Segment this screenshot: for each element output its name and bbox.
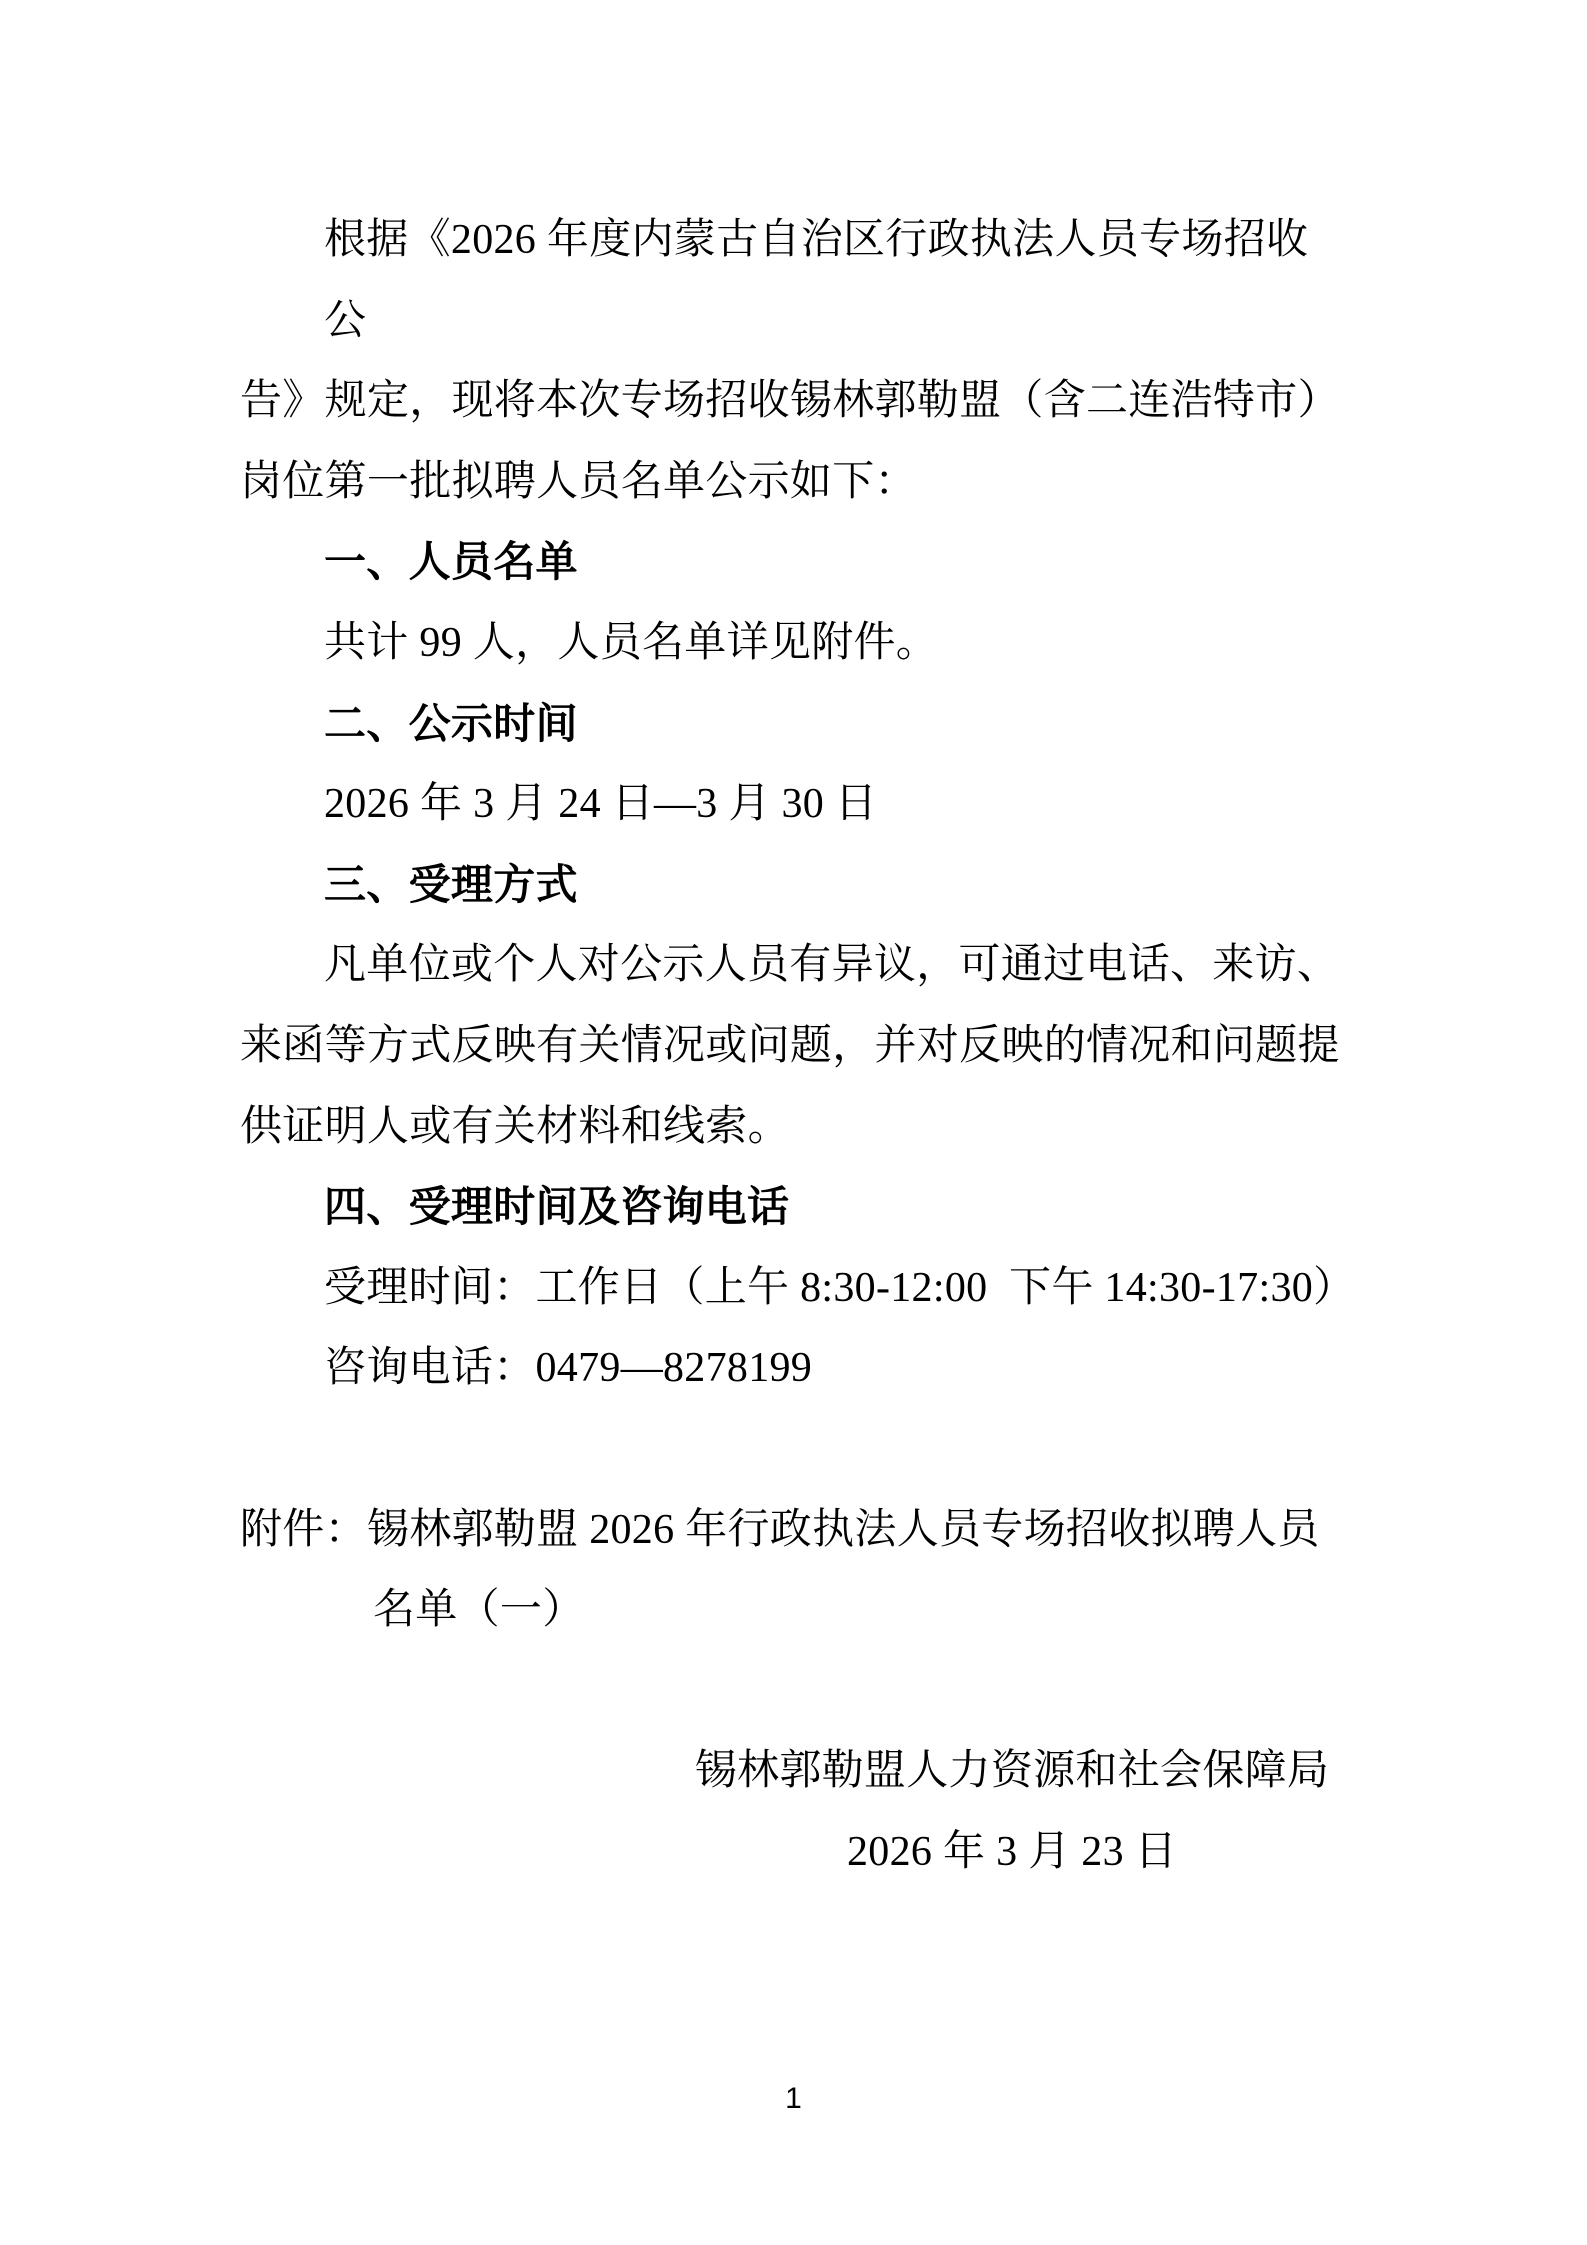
signature-org: 锡林郭勒盟人力资源和社会保障局: [682, 1731, 1342, 1812]
section-heading-publicity-period: 二、公示时间: [240, 684, 1350, 765]
body-line: 供证明人或有关材料和线索。: [240, 1087, 1350, 1168]
page-number: 1: [0, 2082, 1587, 2116]
intro-line: 根据《2026 年度内蒙古自治区行政执法人员专场招收公: [240, 200, 1350, 361]
body-line: 共计 99 人，人员名单详见附件。: [240, 603, 1350, 684]
document-body: 根据《2026 年度内蒙古自治区行政执法人员专场招收公 告》规定，现将本次专场招…: [240, 200, 1350, 1892]
intro-line: 告》规定，现将本次专场招收锡林郭勒盟（含二连浩特市）: [240, 361, 1350, 442]
attachment-continuation-line: 名单（一）: [240, 1570, 1350, 1651]
body-line: 来函等方式反映有关情况或问题，并对反映的情况和问题提: [240, 1006, 1350, 1087]
intro-line: 岗位第一批拟聘人员名单公示如下：: [240, 442, 1350, 523]
body-line: 凡单位或个人对公示人员有异议，可通过电话、来访、: [240, 925, 1350, 1006]
blank-line: [240, 1409, 1350, 1490]
section-heading-acceptance-method: 三、受理方式: [240, 845, 1350, 926]
blank-line: [240, 1651, 1350, 1732]
attachment-line: 附件：锡林郭勒盟 2026 年行政执法人员专场招收拟聘人员: [240, 1490, 1350, 1571]
section-heading-acceptance-time-phone: 四、受理时间及咨询电话: [240, 1167, 1350, 1248]
signature-date: 2026 年 3 月 23 日: [682, 1812, 1342, 1893]
body-line-acceptance-time: 受理时间：工作日（上午 8:30-12:00 下午 14:30-17:30）: [240, 1248, 1350, 1329]
section-heading-personnel-list: 一、人员名单: [240, 522, 1350, 603]
body-line: 2026 年 3 月 24 日—3 月 30 日: [240, 764, 1350, 845]
body-line-phone-number: 咨询电话：0479—8278199: [240, 1328, 1350, 1409]
signature-block: 锡林郭勒盟人力资源和社会保障局 2026 年 3 月 23 日: [682, 1731, 1342, 1892]
document-page: 根据《2026 年度内蒙古自治区行政执法人员专场招收公 告》规定，现将本次专场招…: [0, 0, 1587, 2245]
